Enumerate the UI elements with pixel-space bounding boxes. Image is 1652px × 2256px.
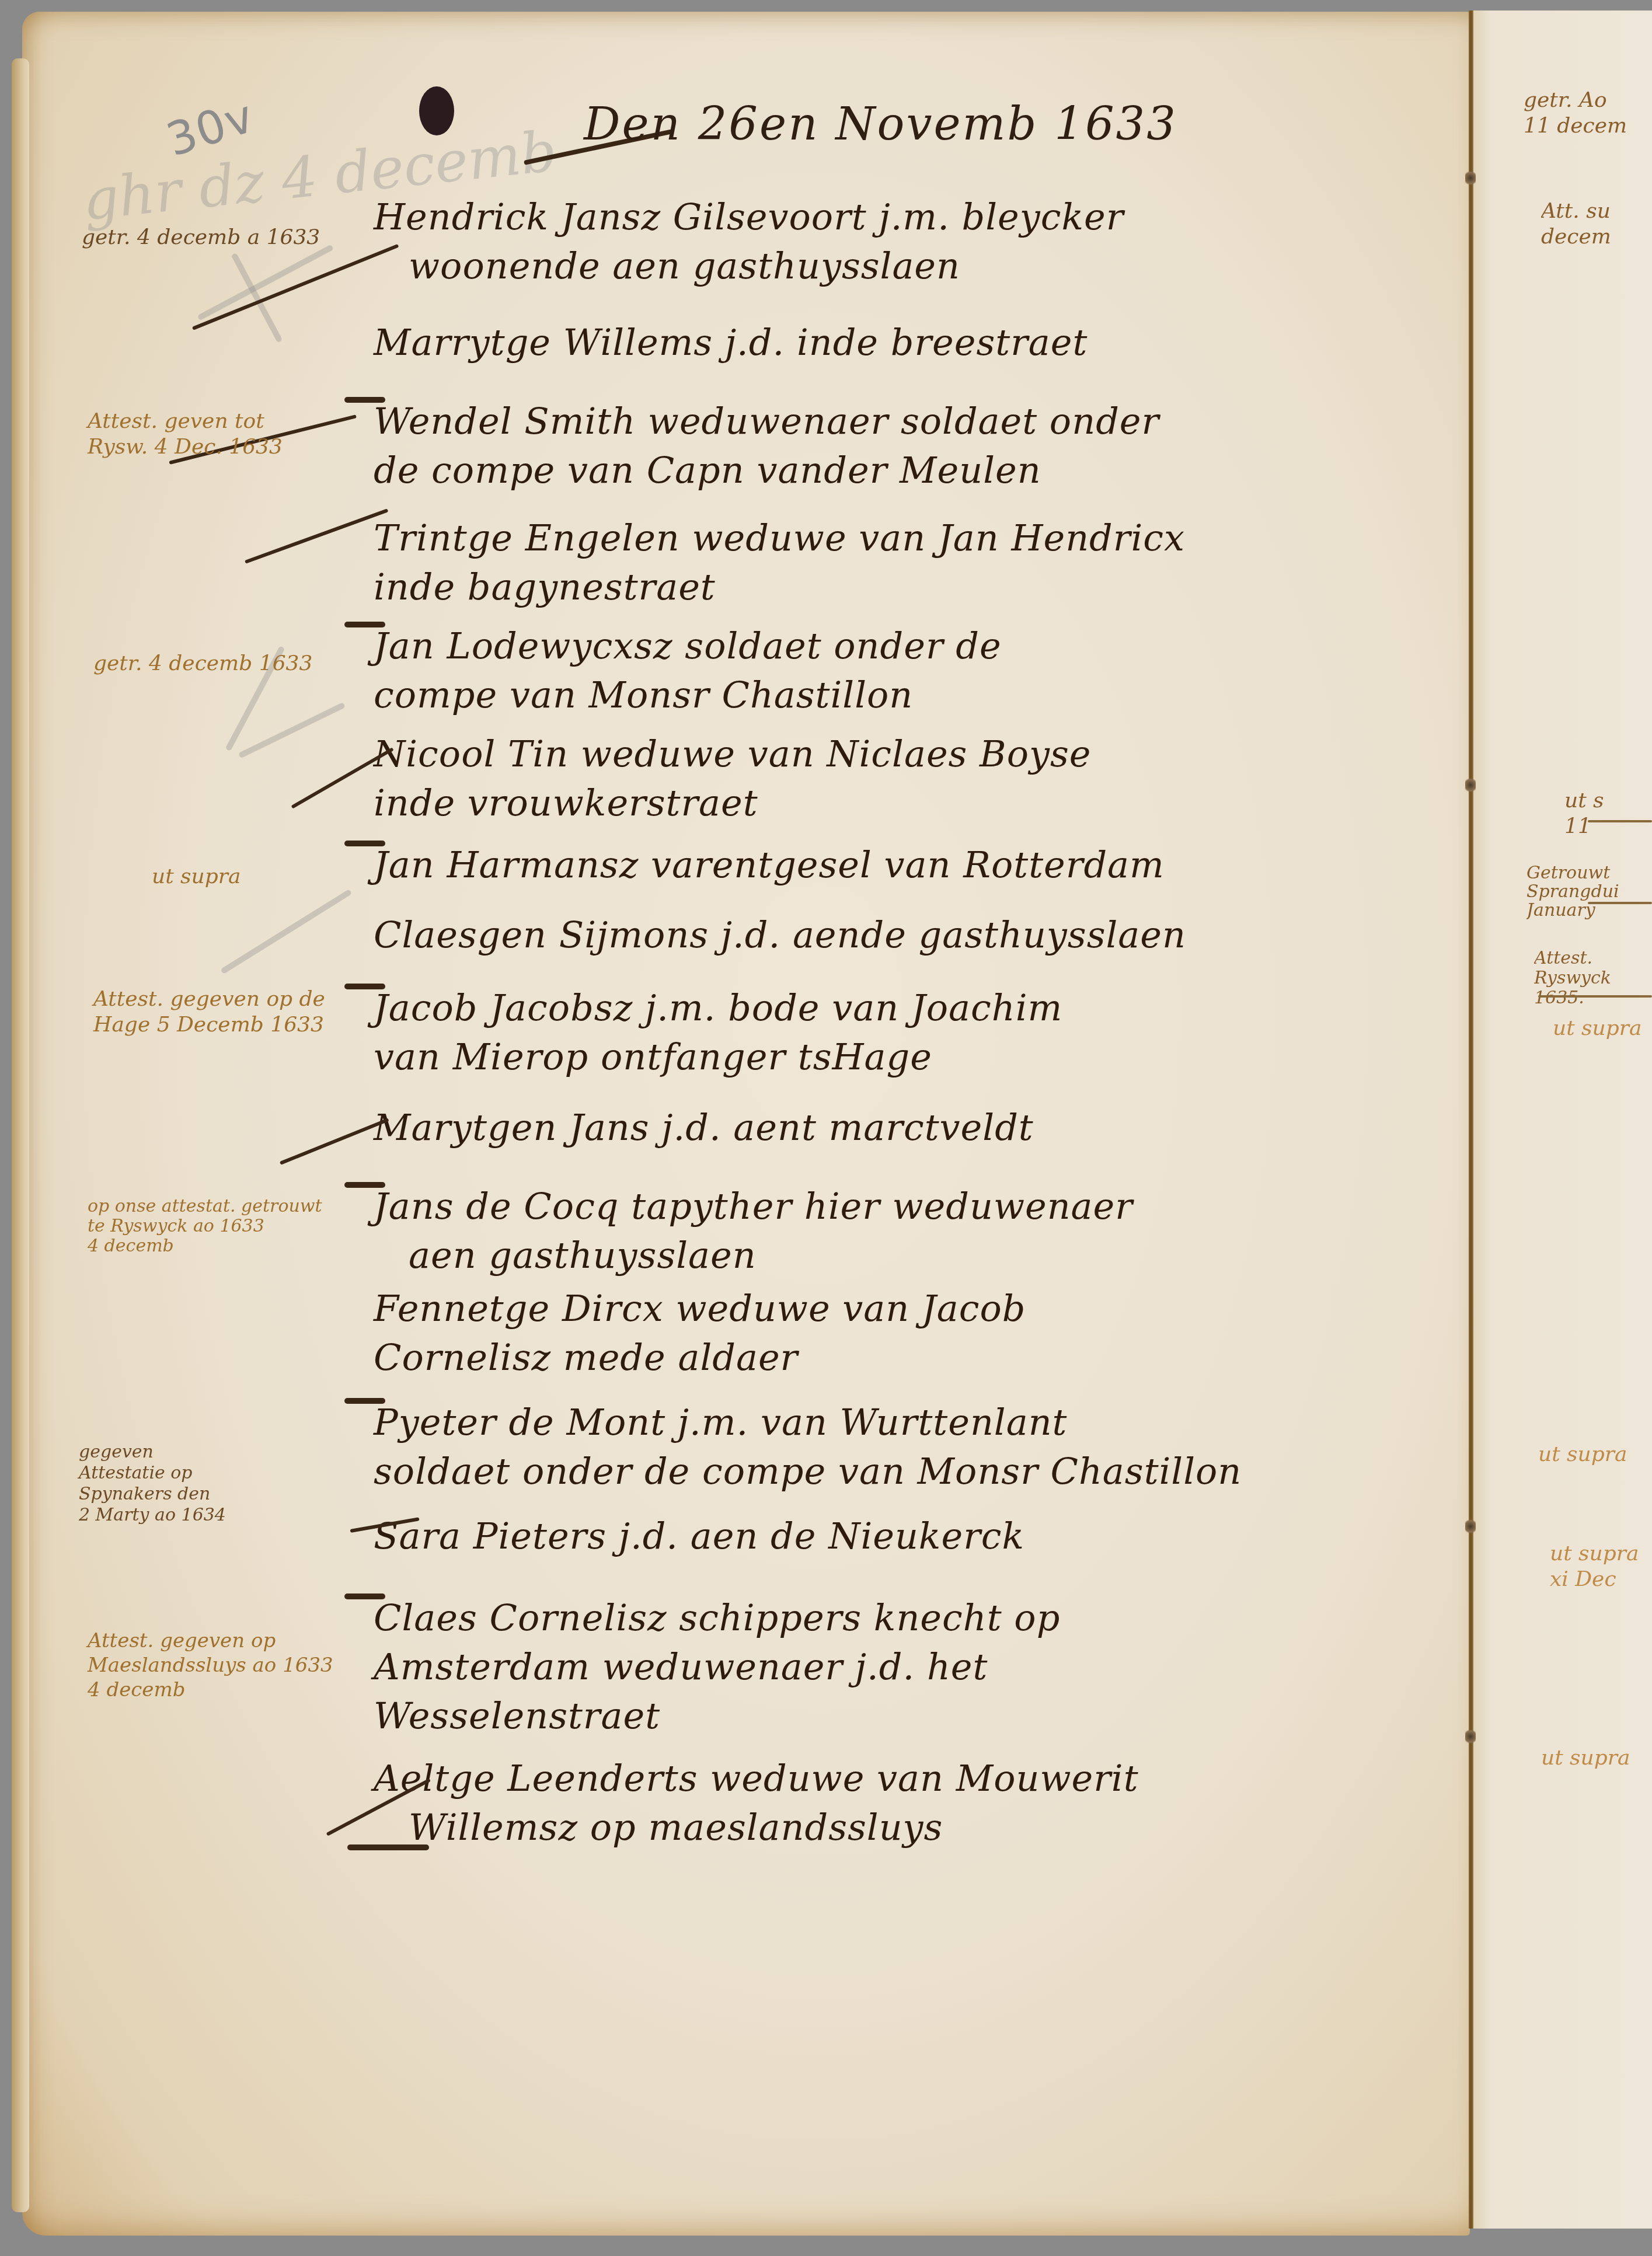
margin-annotation: getr. 4 decemb a 1633 — [82, 225, 320, 250]
register-entry: Pyeter de Mont j.m. van Wurttenlant sold… — [374, 1398, 1459, 1496]
entry-line: Aeltge Leenderts weduwe van Mouwerit — [374, 1754, 1459, 1803]
register-entry: Jan Harmansz varentgesel van Rotterdam — [374, 841, 1459, 890]
register-entry: Trintge Engelen weduwe van Jan Hendricx … — [374, 514, 1459, 612]
register-entry: Claes Cornelisz schippers knecht op Amst… — [374, 1594, 1459, 1741]
entry-line: Jans de Cocq tapyther hier weduwenaer — [374, 1182, 1459, 1231]
facing-page-note: ut supra — [1541, 1745, 1652, 1771]
binding-stitch — [1465, 1728, 1476, 1745]
page-header-date: Den 26en Novemb 1633 — [584, 98, 1177, 151]
binding-stitch — [1465, 169, 1476, 187]
entry-separator — [344, 622, 385, 627]
entry-line: inde bagynestraet — [374, 563, 1459, 612]
facing-page-rule — [1588, 902, 1652, 904]
entry-line: van Mierop ontfanger tsHage — [374, 1033, 1459, 1082]
entry-line: Wesselenstraet — [374, 1692, 1459, 1741]
entry-line: Claes Cornelisz schippers knecht op — [374, 1594, 1459, 1643]
entry-line: inde vrouwkerstraet — [374, 779, 1459, 828]
facing-page-note: Att. su decem — [1541, 198, 1652, 250]
facing-page — [1472, 11, 1652, 2229]
entry-line: Wendel Smith weduwenaer soldaet onder — [374, 397, 1459, 446]
entry-line: soldaet onder de compe van Monsr Chastil… — [374, 1447, 1459, 1496]
facing-page-note: Attest. Ryswyck 1635. — [1534, 949, 1651, 1008]
register-entry: Marrytge Willems j.d. inde breestraet — [374, 318, 1459, 367]
register-entry: Nicool Tin weduwe van Niclaes Boyse inde… — [374, 730, 1459, 828]
entry-separator — [344, 841, 385, 846]
entry-separator — [344, 1182, 385, 1188]
entry-line: Jan Lodewycxsz soldaet onder de — [374, 622, 1459, 671]
register-entry: Marytgen Jans j.d. aent marctveldt — [374, 1103, 1459, 1152]
entry-line: compe van Monsr Chastillon — [374, 671, 1459, 720]
register-entry: Jacob Jacobsz j.m. bode van Joachim van … — [374, 984, 1459, 1082]
facing-page-note: ut supra xi Dec — [1550, 1541, 1652, 1592]
entry-line: Jan Harmansz varentgesel van Rotterdam — [374, 841, 1459, 890]
margin-annotation: Attest. gegeven op de Hage 5 Decemb 1633 — [93, 986, 325, 1038]
entry-separator — [344, 1594, 385, 1599]
entry-separator — [344, 397, 385, 403]
register-entry: Sara Pieters j.d. aen de Nieukerck — [374, 1512, 1459, 1561]
entry-line: Fennetge Dircx weduwe van Jacob — [374, 1284, 1459, 1333]
margin-annotation: gegeven Attestatie op Spynakers den 2 Ma… — [79, 1442, 226, 1526]
entry-line: Jacob Jacobsz j.m. bode van Joachim — [374, 984, 1459, 1033]
binding-stitch — [1465, 776, 1476, 794]
entry-line: Marytgen Jans j.d. aent marctveldt — [374, 1103, 1459, 1152]
entry-line: Amsterdam weduwenaer j.d. het — [374, 1643, 1459, 1692]
facing-page-rule — [1588, 820, 1652, 822]
entry-line: Willemsz op maeslandssluys — [374, 1803, 1459, 1852]
entry-line: Cornelisz mede aldaer — [374, 1333, 1459, 1382]
entry-line: Nicool Tin weduwe van Niclaes Boyse — [374, 730, 1459, 779]
entry-line: Marrytge Willems j.d. inde breestraet — [374, 318, 1459, 367]
entry-separator — [344, 1398, 385, 1404]
margin-annotation: ut supra — [152, 864, 241, 890]
entry-line: Claesgen Sijmons j.d. aende gasthuysslae… — [374, 911, 1459, 960]
facing-page-note: getr. Ao 11 decem — [1524, 88, 1652, 139]
facing-page-note: ut supra — [1553, 1016, 1652, 1041]
entry-line: de compe van Capn vander Meulen — [374, 446, 1459, 495]
register-entry: Jans de Cocq tapyther hier weduwenaer ae… — [374, 1182, 1459, 1280]
binding-gutter — [1469, 11, 1473, 2229]
margin-annotation: op onse attestat. getrouwt te Ryswyck ao… — [88, 1197, 322, 1256]
register-entry: Aeltge Leenderts weduwe van Mouwerit Wil… — [374, 1754, 1459, 1852]
facing-page-note: ut s 11 — [1564, 788, 1652, 839]
entry-separator — [344, 984, 385, 989]
facing-page-note: Getrouwt Sprangdui January — [1526, 864, 1652, 920]
entry-line: woonende aen gasthuysslaen — [374, 242, 1459, 291]
register-entry: Hendrick Jansz Gilsevoort j.m. bleycker … — [374, 193, 1459, 291]
entry-line: Pyeter de Mont j.m. van Wurttenlant — [374, 1398, 1459, 1447]
entry-separator — [347, 1844, 429, 1850]
entry-line: aen gasthuysslaen — [374, 1231, 1459, 1280]
register-entry: Jan Lodewycxsz soldaet onder de compe va… — [374, 622, 1459, 720]
register-entry: Fennetge Dircx weduwe van Jacob Cornelis… — [374, 1284, 1459, 1382]
entry-line: Sara Pieters j.d. aen de Nieukerck — [374, 1512, 1459, 1561]
margin-annotation: Attest. geven tot Rysw. 4 Dec. 1633 — [88, 409, 283, 460]
margin-annotation: Attest. gegeven op Maeslandssluys ao 163… — [88, 1629, 333, 1702]
facing-page-note: ut supra — [1538, 1442, 1652, 1467]
register-entry: Wendel Smith weduwenaer soldaet onder de… — [374, 397, 1459, 495]
register-entry: Claesgen Sijmons j.d. aende gasthuysslae… — [374, 911, 1459, 960]
ink-blot — [419, 86, 454, 135]
margin-annotation: getr. 4 decemb 1633 — [93, 651, 312, 677]
entry-line: Hendrick Jansz Gilsevoort j.m. bleycker — [374, 193, 1459, 242]
facing-page-rule — [1538, 995, 1652, 998]
binding-stitch — [1465, 1518, 1476, 1535]
entry-line: Trintge Engelen weduwe van Jan Hendricx — [374, 514, 1459, 563]
